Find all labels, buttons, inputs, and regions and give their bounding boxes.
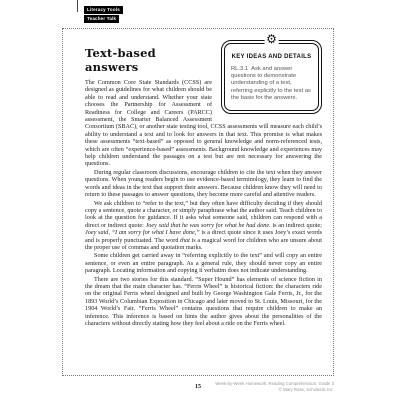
key-ideas-body: RL.3.1Ask and answer questions to demons… [231, 66, 312, 102]
article-body: The Common Core State Standards (CCSS) a… [85, 79, 322, 327]
tab-literacy-tools: Literacy Tools [84, 6, 123, 14]
page-content: ⚙ KEY IDEAS AND DETAILS RL.3.1Ask and an… [85, 40, 322, 328]
paragraph: Some children get carried away in “refer… [85, 252, 322, 274]
footer-credit-line1: Week-by-Week Homework: Reading Comprehen… [215, 381, 334, 387]
paragraph: We ask children to “refer to the text,” … [85, 200, 322, 252]
key-ideas-heading: KEY IDEAS AND DETAILS [231, 54, 312, 60]
key-ideas-box-inner: KEY IDEAS AND DETAILS RL.3.1Ask and answ… [224, 43, 319, 111]
paragraph: There are two stories for this standard.… [85, 276, 322, 328]
tab-teacher-talk: Teacher Talk [84, 15, 119, 23]
footer-credit: Week-by-Week Homework: Reading Comprehen… [215, 381, 334, 392]
spine-mark [77, 0, 78, 12]
footer-credit-line2: © Mary Rose, Scholastic Inc. [215, 387, 334, 393]
gear-icon: ⚙ [264, 33, 279, 45]
key-ideas-box: ⚙ KEY IDEAS AND DETAILS RL.3.1Ask and an… [221, 40, 322, 114]
standard-code: RL.3.1 [231, 66, 248, 72]
header-tabs: Literacy Tools Teacher Talk [84, 6, 123, 24]
paragraph: During regular classroom discussions, en… [85, 169, 322, 199]
